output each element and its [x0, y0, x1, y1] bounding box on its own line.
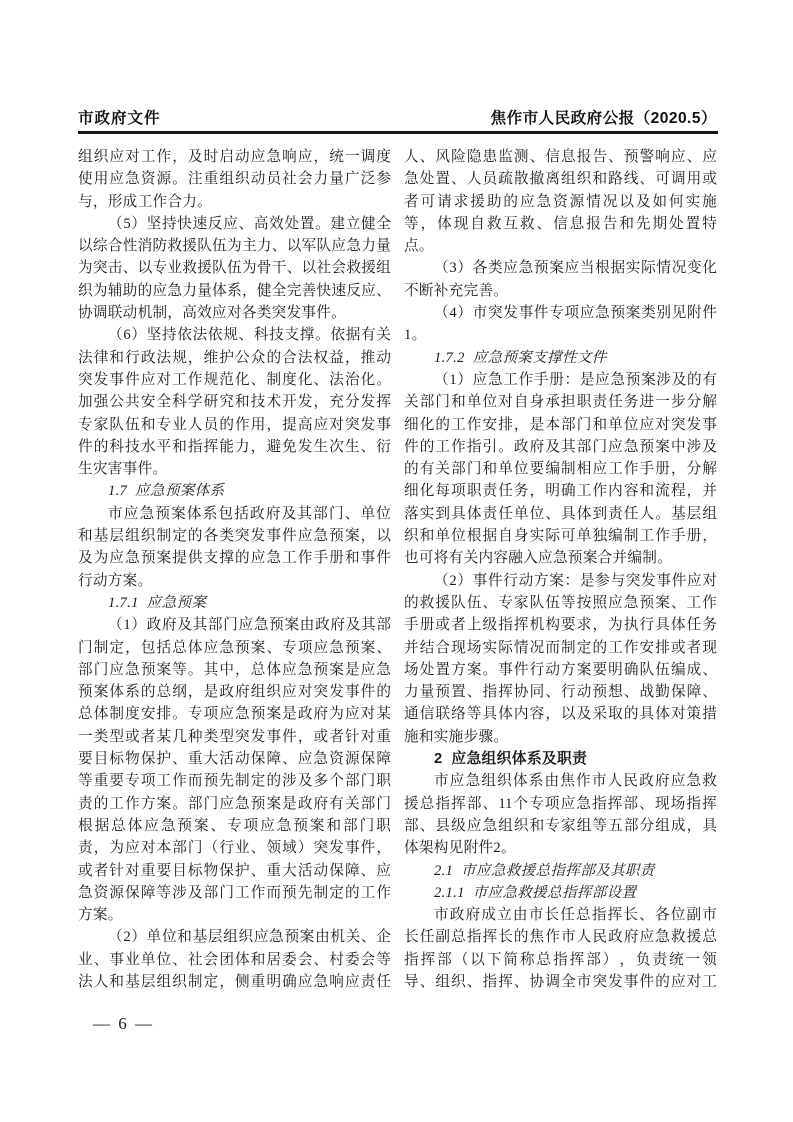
text-line: 门制定，包括总体应急预案、专项应急预案、: [78, 637, 391, 659]
text-line: 与，形成工作合力。: [78, 191, 391, 213]
text-line: 通信联络等具体内容，以及采取的具体对策措: [404, 703, 717, 725]
text-line: 件的工作指引。政府及其部门应急预案中涉及: [404, 436, 717, 458]
text-line: 不断补充完善。: [404, 280, 717, 302]
section-heading: 2 应急组织体系及职责: [404, 748, 717, 770]
text-line: 关部门和单位对自身承担职责任务进一步分解: [404, 391, 717, 413]
text-line: 长任副总指挥长的焦作市人民政府应急救援总: [404, 926, 717, 948]
text-line: 也可将有关内容融入应急预案合并编制。: [404, 547, 717, 569]
text-line: 协调联动机制，高效应对各类突发事件。: [78, 302, 391, 324]
text-line: 责的工作方案。部门应急预案是政府有关部门: [78, 793, 391, 815]
text-line: 的有关部门和单位要编制相应工作手册，分解: [404, 458, 717, 480]
header-gazette-title: 焦作市人民政府公报（2020.5）: [491, 106, 717, 128]
text-line: 或者针对重要目标物保护、重大活动保障、应: [78, 860, 391, 882]
left-column: 组织应对工作，及时启动应急响应，统一调度使用应急资源。注重组织动员社会力量广泛参…: [78, 146, 391, 993]
text-line: 者可请求援助的应急资源情况以及如何实施: [404, 191, 717, 213]
text-line: 1。: [404, 324, 717, 346]
text-line: 市政府成立由市长任总指挥长、各位副市: [404, 904, 717, 926]
text-line: 体架构见附件2。: [404, 837, 717, 859]
text-line: 责，为应对本部门（行业、领域）突发事件，: [78, 837, 391, 859]
text-line: 业、事业单位、社会团体和居委会、村委会等: [78, 949, 391, 971]
text-line: 生灾害事件。: [78, 458, 391, 480]
text-line: 市应急组织体系由焦作市人民政府应急救: [404, 770, 717, 792]
text-line: （1）应急工作手册：是应急预案涉及的有: [404, 369, 717, 391]
text-line: 施和实施步骤。: [404, 726, 717, 748]
text-line: 加强公共安全科学研究和技术开发，充分发挥: [78, 391, 391, 413]
text-line: 力量预置、指挥协同、行动预想、战勤保障、: [404, 681, 717, 703]
text-line: 使用应急资源。注重组织动员社会力量广泛参: [78, 168, 391, 190]
text-line: 织为辅助的应急力量体系，健全完善快速反应、: [78, 280, 391, 302]
text-line: （2）事件行动方案：是参与突发事件应对: [404, 570, 717, 592]
text-line: 突发事件应对工作规范化、制度化、法治化。: [78, 369, 391, 391]
text-line: （2）单位和基层组织应急预案由机关、企: [78, 926, 391, 948]
section-heading: 2.1 市应急救援总指挥部及其职责: [404, 860, 717, 882]
document-page: 市政府文件 焦作市人民政府公报（2020.5） 组织应对工作，及时启动应急响应，…: [0, 0, 793, 1122]
text-line: 组织应对工作，及时启动应急响应，统一调度: [78, 146, 391, 168]
page-number: — 6 —: [93, 1014, 154, 1034]
section-heading: 2.1.1 市应急救援总指挥部设置: [404, 882, 717, 904]
text-line: 市应急预案体系包括政府及其部门、单位: [78, 503, 391, 525]
text-line: 根据总体应急预案、专项应急预案和部门职: [78, 815, 391, 837]
text-line: （1）政府及其部门应急预案由政府及其部: [78, 614, 391, 636]
text-line: 及为应急预案提供支撑的应急工作手册和事件: [78, 547, 391, 569]
text-line: 急资源保障等涉及部门工作而预先制定的工作: [78, 882, 391, 904]
text-line: 专家队伍和专业人员的作用，提高应对突发事: [78, 414, 391, 436]
text-line: 点。: [404, 235, 717, 257]
text-line: 细化每项职责任务，明确工作内容和流程，并: [404, 480, 717, 502]
text-line: 方案。: [78, 904, 391, 926]
text-line: 预案体系的总纲，是政府组织应对突发事件的: [78, 681, 391, 703]
text-line: （6）坚持依法依规、科技支撑。依据有关: [78, 324, 391, 346]
text-line: 并结合现场实际情况而制定的工作安排或者现: [404, 637, 717, 659]
section-heading: 1.7.1 应急预案: [78, 592, 391, 614]
text-line: 导、组织、指挥、协调全市突发事件的应对工: [404, 971, 717, 993]
right-column: 人、风险隐患监测、信息报告、预警响应、应急处置、人员疏散撤离组织和路线、可调用或…: [404, 146, 717, 993]
section-heading: 1.7.2 应急预案支撑性文件: [404, 347, 717, 369]
section-heading: 1.7 应急预案体系: [78, 480, 391, 502]
text-line: 为突击、以专业救援队伍为骨干、以社会救援组: [78, 257, 391, 279]
text-line: 和基层组织制定的各类突发事件应急预案，以: [78, 525, 391, 547]
text-line: 部门应急预案等。其中，总体应急预案是应急: [78, 659, 391, 681]
text-line: 指挥部（以下简称总指挥部），负责统一领: [404, 949, 717, 971]
header-rule: [78, 131, 718, 134]
text-line: 落实到具体责任单位、具体到责任人。基层组: [404, 503, 717, 525]
text-line: 细化的工作安排，是本部门和单位应对突发事: [404, 414, 717, 436]
text-line: （3）各类应急预案应当根据实际情况变化: [404, 257, 717, 279]
text-line: （4）市突发事件专项应急预案类别见附件: [404, 302, 717, 324]
text-line: （5）坚持快速反应、高效处置。建立健全: [78, 213, 391, 235]
text-line: 急处置、人员疏散撤离组织和路线、可调用或: [404, 168, 717, 190]
text-line: 的救援队伍、专家队伍等按照应急预案、工作: [404, 592, 717, 614]
text-line: 法律和行政法规，维护公众的合法权益，推动: [78, 347, 391, 369]
text-line: 等，体现自救互救、信息报告和先期处置特: [404, 213, 717, 235]
text-line: 人、风险隐患监测、信息报告、预警响应、应: [404, 146, 717, 168]
text-line: 要目标物保护、重大活动保障、应急资源保障: [78, 748, 391, 770]
text-line: 等重要专项工作而预先制定的涉及多个部门职: [78, 770, 391, 792]
header-document-type: 市政府文件: [78, 106, 161, 128]
text-line: 一类型或者某几种类型突发事件，或者针对重: [78, 726, 391, 748]
text-line: 件的科技水平和指挥能力，避免发生次生、衍: [78, 436, 391, 458]
text-line: 总体制度安排。专项应急预案是政府为应对某: [78, 703, 391, 725]
text-line: 织和单位根据自身实际可单独编制工作手册，: [404, 525, 717, 547]
text-line: 以综合性消防救援队伍为主力、以军队应急力量: [78, 235, 391, 257]
text-line: 行动方案。: [78, 570, 391, 592]
text-line: 援总指挥部、11个专项应急指挥部、现场指挥: [404, 793, 717, 815]
text-line: 场处置方案。事件行动方案要明确队伍编成、: [404, 659, 717, 681]
text-line: 部、县级应急组织和专家组等五部分组成，具: [404, 815, 717, 837]
text-line: 法人和基层组织制定，侧重明确应急响应责任: [78, 971, 391, 993]
text-line: 手册或者上级指挥机构要求，为执行具体任务: [404, 614, 717, 636]
